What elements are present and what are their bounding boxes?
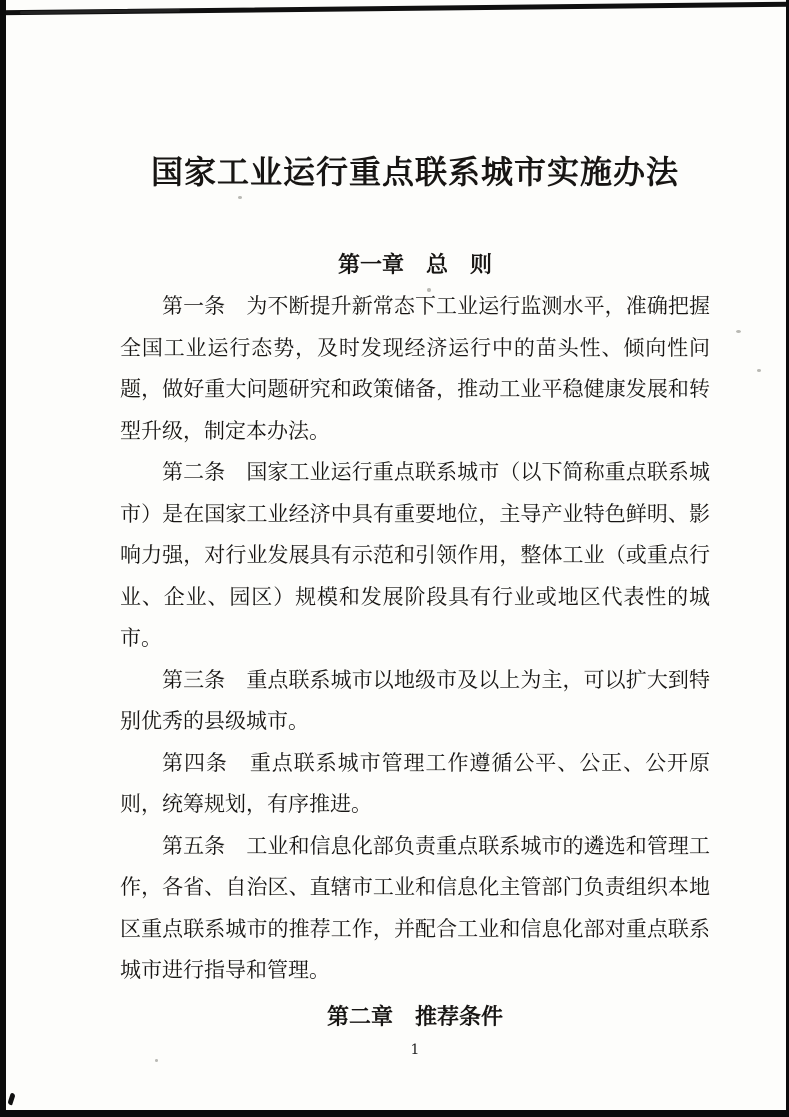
chapter-2-heading: 第二章 推荐条件 bbox=[120, 1004, 710, 1032]
chapter-1-heading: 第一章 总 则 bbox=[120, 252, 710, 280]
scan-speck bbox=[757, 369, 761, 372]
ink-mark bbox=[7, 1093, 15, 1106]
article-4-paragraph: 第四条 重点联系城市管理工作遵循公平、公正、公开原则，统筹规划，有序推进。 bbox=[120, 743, 710, 826]
chapter-1-body: 第一条 为不断提升新常态下工业运行监测水平，准确把握全国工业运行态势，及时发现经… bbox=[120, 286, 710, 998]
document-title: 国家工业运行重点联系城市实施办法 bbox=[120, 152, 710, 192]
scan-left-edge bbox=[0, 0, 6, 1117]
scan-speck bbox=[736, 330, 741, 333]
article-1-paragraph: 第一条 为不断提升新常态下工业运行监测水平，准确把握全国工业运行态势，及时发现经… bbox=[120, 286, 710, 452]
article-5-paragraph: 第五条 工业和信息化部负责重点联系城市的遴选和管理工作，各省、自治区、直辖市工业… bbox=[120, 826, 710, 992]
document-text-column: 国家工业运行重点联系城市实施办法 第一章 总 则 第一条 为不断提升新常态下工业… bbox=[120, 0, 710, 1117]
article-3-paragraph: 第三条 重点联系城市以地级市及以上为主，可以扩大到特别优秀的县级城市。 bbox=[120, 660, 710, 743]
scanned-document-page: 国家工业运行重点联系城市实施办法 第一章 总 则 第一条 为不断提升新常态下工业… bbox=[0, 0, 789, 1117]
article-2-paragraph: 第二条 国家工业运行重点联系城市（以下简称重点联系城市）是在国家工业经济中具有重… bbox=[120, 452, 710, 660]
page-number: 1 bbox=[120, 1042, 710, 1058]
